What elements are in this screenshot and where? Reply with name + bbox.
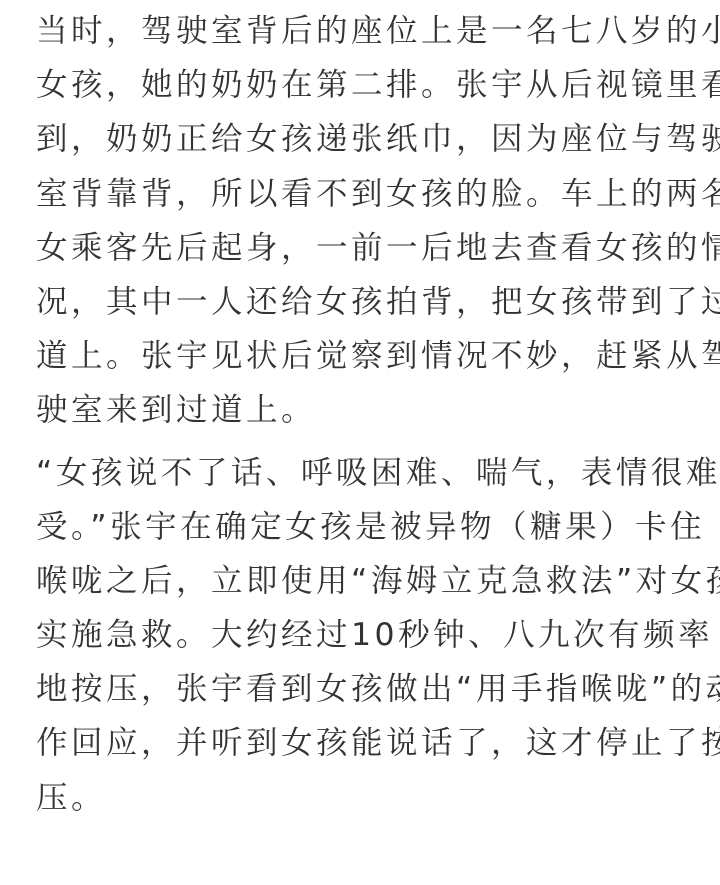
text-line: 地按压，张宇看到女孩做出“用手指喉咙”的动 (36, 662, 696, 716)
article-body: 当时，驾驶室背后的座位上是一名七八岁的小 女孩，她的奶奶在第二排。张宇从后视镜里… (36, 4, 696, 825)
text-line: 女乘客先后起身，一前一后地去查看女孩的情 (36, 221, 696, 275)
text-line: 到，奶奶正给女孩递张纸巾，因为座位与驾驶 (36, 112, 696, 166)
paragraph-1: 当时，驾驶室背后的座位上是一名七八岁的小 女孩，她的奶奶在第二排。张宇从后视镜里… (36, 4, 696, 438)
text-line: 驶室来到过道上。 (36, 383, 696, 437)
paragraph-2: “女孩说不了话、呼吸困难、喘气，表情很难 受。”张宇在确定女孩是被异物（糖果）卡… (36, 446, 696, 825)
text-line: 室背靠背，所以看不到女孩的脸。车上的两名 (36, 167, 696, 221)
text-line: 道上。张宇见状后觉察到情况不妙，赶紧从驾 (36, 329, 696, 383)
text-line: 受。”张宇在确定女孩是被异物（糖果）卡住 (36, 500, 696, 554)
text-line: 当时，驾驶室背后的座位上是一名七八岁的小 (36, 4, 696, 58)
text-line: 女孩，她的奶奶在第二排。张宇从后视镜里看 (36, 58, 696, 112)
text-line: 况，其中一人还给女孩拍背，把女孩带到了过 (36, 275, 696, 329)
text-line: “女孩说不了话、呼吸困难、喘气，表情很难 (36, 446, 696, 500)
text-line: 作回应，并听到女孩能说话了，这才停止了按 (36, 716, 696, 770)
text-line: 实施急救。大约经过10秒钟、八九次有频率 (36, 608, 696, 662)
text-line: 压。 (36, 771, 696, 825)
text-line: 喉咙之后，立即使用“海姆立克急救法”对女孩 (36, 554, 696, 608)
